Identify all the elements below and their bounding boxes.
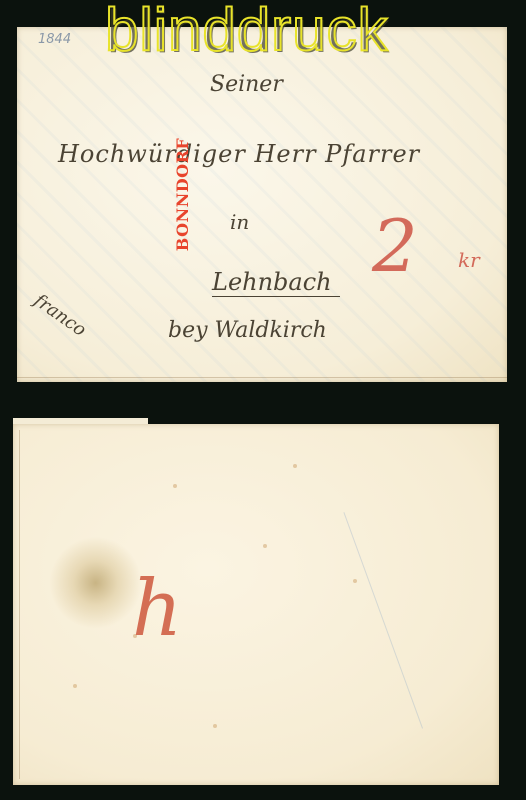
pencil-year-note: 1844 xyxy=(38,32,71,47)
fold-line xyxy=(19,430,20,779)
fold-line xyxy=(17,377,507,378)
address-line-4: Lehnbach xyxy=(212,268,340,297)
address-line-1: Seiner xyxy=(210,72,283,97)
back-red-crayon-mark: h xyxy=(132,570,182,648)
postage-due-mark: 2 xyxy=(372,210,418,282)
watermark-text: blinddruck xyxy=(105,0,389,60)
postage-unit-mark: kr xyxy=(458,248,480,272)
bonndorf-postmark: BONNDORF xyxy=(173,138,192,251)
address-line-2: Hochwürdiger Herr Pfarrer xyxy=(58,140,420,168)
address-line-5: bey Waldkirch xyxy=(168,318,327,343)
address-line-3: in xyxy=(230,210,249,234)
